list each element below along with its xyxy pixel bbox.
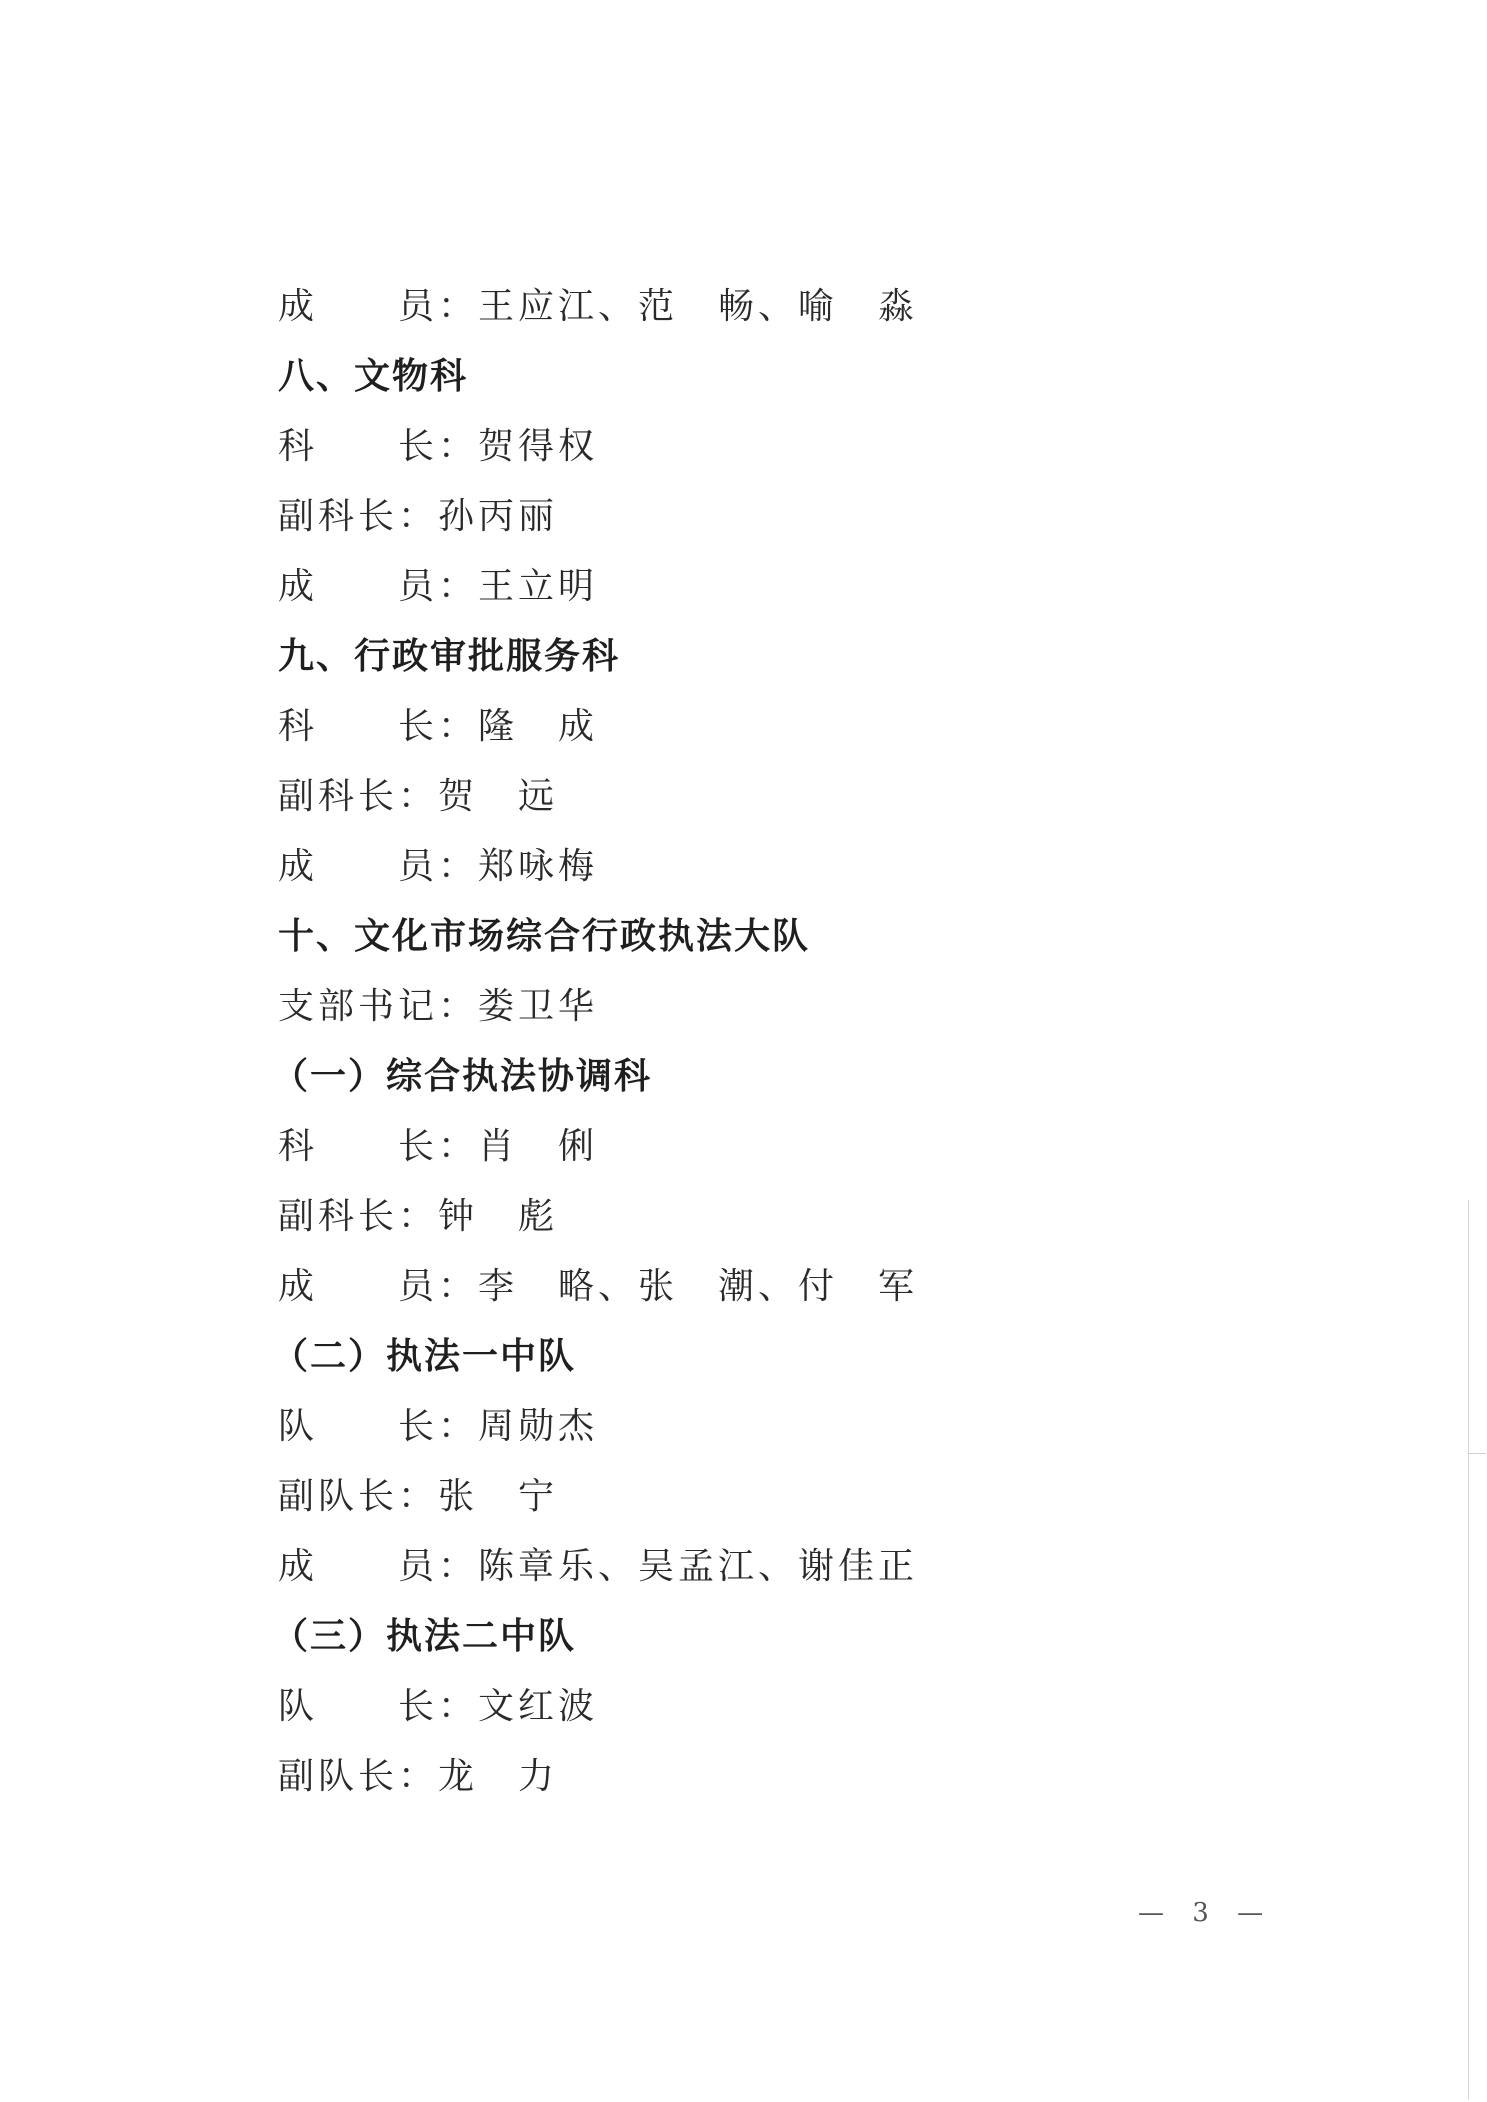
scan-edge-mark — [1468, 1453, 1486, 1454]
names: 张 宁 — [438, 1462, 558, 1532]
entry-deputy-chief: 副科长：钟 彪 — [278, 1182, 1178, 1252]
names: 贺 远 — [438, 762, 558, 832]
role-label: 副队长： — [278, 1742, 438, 1812]
entry-members: 成 员：王立明 — [278, 552, 1178, 622]
subsection-heading-squad-one: （二）执法一中队 — [272, 1322, 1178, 1392]
names: 王应江、范 畅、喻 淼 — [478, 272, 918, 342]
names: 周勋杰 — [478, 1392, 598, 1462]
role-label: 成 员： — [278, 1532, 478, 1602]
role-label: 队 长： — [278, 1392, 478, 1462]
names: 郑咏梅 — [478, 832, 598, 902]
entry-squad-leader: 队 长：周勋杰 — [278, 1392, 1178, 1462]
section-heading-enforcement-brigade: 十、文化市场综合行政执法大队 — [278, 902, 1178, 972]
role-label: 副科长： — [278, 762, 438, 832]
entry-deputy-chief: 副科长：贺 远 — [278, 762, 1178, 832]
entry-section-chief: 科 长：隆 成 — [278, 692, 1178, 762]
role-label: 副科长： — [278, 482, 438, 552]
names: 孙丙丽 — [438, 482, 558, 552]
role-label: 成 员： — [278, 1252, 478, 1322]
entry-deputy-squad-leader: 副队长：龙 力 — [278, 1742, 1178, 1812]
entry-members: 成 员：郑咏梅 — [278, 832, 1178, 902]
entry-members: 成 员：王应江、范 畅、喻 淼 — [278, 272, 1178, 342]
entry-section-chief: 科 长：肖 俐 — [278, 1112, 1178, 1182]
names: 文红波 — [478, 1672, 598, 1742]
entry-section-chief: 科 长：贺得权 — [278, 412, 1178, 482]
role-label: 科 长： — [278, 412, 478, 482]
role-label: 科 长： — [278, 692, 478, 762]
subsection-heading-squad-two: （三）执法二中队 — [272, 1602, 1178, 1672]
subsection-heading-coordination: （一）综合执法协调科 — [272, 1042, 1178, 1112]
entry-squad-leader: 队 长：文红波 — [278, 1672, 1178, 1742]
role-label: 队 长： — [278, 1672, 478, 1742]
entry-deputy-squad-leader: 副队长：张 宁 — [278, 1462, 1178, 1532]
section-heading-cultural-relics: 八、文物科 — [278, 342, 1178, 412]
role-label: 支部书记： — [278, 972, 478, 1042]
role-label: 科 长： — [278, 1112, 478, 1182]
names: 李 略、张 潮、付 军 — [478, 1252, 918, 1322]
names: 王立明 — [478, 552, 598, 622]
role-label: 副队长： — [278, 1462, 438, 1532]
role-label: 成 员： — [278, 272, 478, 342]
entry-party-secretary: 支部书记：娄卫华 — [278, 972, 1178, 1042]
document-body: 成 员：王应江、范 畅、喻 淼 八、文物科 科 长：贺得权 副科长：孙丙丽 成 … — [278, 272, 1178, 1812]
entry-members: 成 员：李 略、张 潮、付 军 — [278, 1252, 1178, 1322]
entry-members: 成 员：陈章乐、吴孟江、谢佳正 — [278, 1532, 1178, 1602]
names: 钟 彪 — [438, 1182, 558, 1252]
role-label: 成 员： — [278, 552, 478, 622]
scan-edge-line — [1468, 1200, 1469, 2100]
page-number: — 3 — — [1138, 1898, 1273, 1928]
names: 贺得权 — [478, 412, 598, 482]
names: 陈章乐、吴孟江、谢佳正 — [478, 1532, 918, 1602]
entry-deputy-chief: 副科长：孙丙丽 — [278, 482, 1178, 552]
names: 娄卫华 — [478, 972, 598, 1042]
names: 肖 俐 — [478, 1112, 598, 1182]
section-heading-admin-approval: 九、行政审批服务科 — [278, 622, 1178, 692]
role-label: 副科长： — [278, 1182, 438, 1252]
role-label: 成 员： — [278, 832, 478, 902]
names: 龙 力 — [438, 1742, 558, 1812]
names: 隆 成 — [478, 692, 598, 762]
